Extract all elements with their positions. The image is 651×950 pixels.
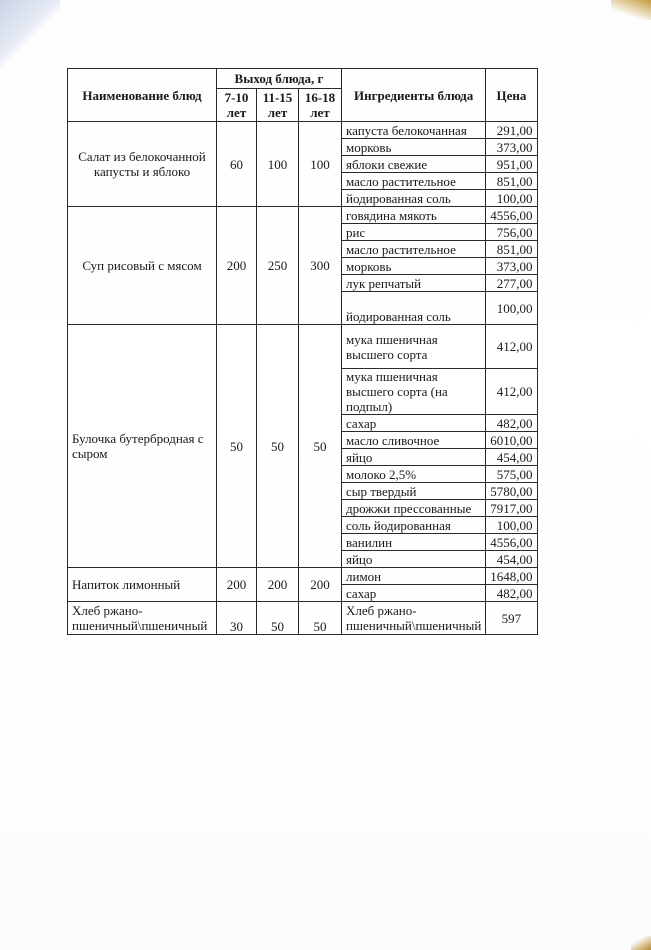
- ingredient-price: 756,00: [486, 224, 537, 241]
- yield-16-18: 200: [299, 568, 342, 602]
- ingredient-name: дрожжи прессованные: [342, 500, 486, 517]
- table-row: Хлеб ржано-пшеничный\пшеничный 30 50 50 …: [68, 602, 538, 635]
- yield-16-18: 100: [299, 122, 342, 207]
- yield-11-15: 50: [257, 325, 299, 568]
- ingredient-price: 373,00: [486, 139, 537, 156]
- yield-16-18: 50: [299, 602, 342, 635]
- header-age-7-10: 7-10 лет: [217, 89, 257, 122]
- ingredient-name: сахар: [342, 585, 486, 602]
- ingredient-price: 482,00: [486, 585, 537, 602]
- menu-price-table: Наименование блюд Выход блюда, г Ингреди…: [67, 68, 538, 635]
- header-age-16-18: 16-18 лет: [299, 89, 342, 122]
- header-ingredients: Ингредиенты блюда: [342, 69, 486, 122]
- ingredient-price: 373,00: [486, 258, 537, 275]
- ingredient-price: 575,00: [486, 466, 537, 483]
- header-age-11-15: 11-15 лет: [257, 89, 299, 122]
- header-yield-group: Выход блюда, г: [217, 69, 342, 89]
- ingredient-name: яйцо: [342, 551, 486, 568]
- ingredient-name: йодированная соль: [342, 292, 486, 325]
- ingredient-price: 1648,00: [486, 568, 537, 585]
- yield-7-10: 60: [217, 122, 257, 207]
- yield-11-15: 250: [257, 207, 299, 325]
- dish-name: Булочка бутербродная с сыром: [68, 325, 217, 568]
- ingredient-price: 4556,00: [486, 534, 537, 551]
- ingredient-price: 851,00: [486, 173, 537, 190]
- yield-11-15: 200: [257, 568, 299, 602]
- ingredient-name: капуста белокочанная: [342, 122, 486, 139]
- ingredient-price: 597: [486, 602, 537, 635]
- ingredient-price: 100,00: [486, 292, 537, 325]
- ingredient-name: сахар: [342, 415, 486, 432]
- ingredient-name: ванилин: [342, 534, 486, 551]
- dish-name: Салат из белокочанной капусты и яблоко: [68, 122, 217, 207]
- table-row: Суп рисовый с мясом 200 250 300 говядина…: [68, 207, 538, 224]
- ingredient-name: масло сливочное: [342, 432, 486, 449]
- ingredient-price: 851,00: [486, 241, 537, 258]
- page-edge-shadow: [611, 0, 651, 20]
- ingredient-name: морковь: [342, 258, 486, 275]
- ingredient-name: соль йодированная: [342, 517, 486, 534]
- page-edge-shadow: [631, 936, 651, 950]
- header-price: Цена: [486, 69, 537, 122]
- yield-11-15: 100: [257, 122, 299, 207]
- table-row: Булочка бутербродная с сыром 50 50 50 му…: [68, 325, 538, 369]
- ingredient-name: масло растительное: [342, 241, 486, 258]
- yield-11-15: 50: [257, 602, 299, 635]
- ingredient-price: 6010,00: [486, 432, 537, 449]
- yield-7-10: 200: [217, 568, 257, 602]
- ingredient-name: морковь: [342, 139, 486, 156]
- ingredient-name: рис: [342, 224, 486, 241]
- ingredient-name: лимон: [342, 568, 486, 585]
- page-fold-shadow: [0, 0, 60, 70]
- ingredient-price: 7917,00: [486, 500, 537, 517]
- ingredient-price: 454,00: [486, 449, 537, 466]
- document-page: Наименование блюд Выход блюда, г Ингреди…: [0, 0, 651, 950]
- ingredient-price: 277,00: [486, 275, 537, 292]
- ingredient-price: 412,00: [486, 325, 537, 369]
- ingredient-name: лук репчатый: [342, 275, 486, 292]
- ingredient-name: яйцо: [342, 449, 486, 466]
- dish-name: Хлеб ржано-пшеничный\пшеничный: [68, 602, 217, 635]
- header-dish-name: Наименование блюд: [68, 69, 217, 122]
- ingredient-price: 291,00: [486, 122, 537, 139]
- ingredient-name: сыр твердый: [342, 483, 486, 500]
- yield-7-10: 200: [217, 207, 257, 325]
- ingredient-price: 100,00: [486, 190, 537, 207]
- yield-7-10: 50: [217, 325, 257, 568]
- ingredient-name: мука пшеничная высшего сорта (на подпыл): [342, 369, 486, 415]
- ingredient-price: 951,00: [486, 156, 537, 173]
- yield-16-18: 50: [299, 325, 342, 568]
- ingredient-name: йодированная соль: [342, 190, 486, 207]
- ingredient-price: 5780,00: [486, 483, 537, 500]
- ingredient-price: 412,00: [486, 369, 537, 415]
- ingredient-name: яблоки свежие: [342, 156, 486, 173]
- ingredient-price: 482,00: [486, 415, 537, 432]
- yield-16-18: 300: [299, 207, 342, 325]
- table-row: Салат из белокочанной капусты и яблоко 6…: [68, 122, 538, 139]
- ingredient-name: говядина мякоть: [342, 207, 486, 224]
- ingredient-price: 100,00: [486, 517, 537, 534]
- dish-name: Суп рисовый с мясом: [68, 207, 217, 325]
- ingredient-price: 454,00: [486, 551, 537, 568]
- ingredient-name: молоко 2,5%: [342, 466, 486, 483]
- dish-name: Напиток лимонный: [68, 568, 217, 602]
- table-row: Напиток лимонный 200 200 200 лимон 1648,…: [68, 568, 538, 585]
- ingredient-name: мука пшеничная высшего сорта: [342, 325, 486, 369]
- ingredient-name: Хлеб ржано-пшеничный\пшеничный: [342, 602, 486, 635]
- table-header-row: Наименование блюд Выход блюда, г Ингреди…: [68, 69, 538, 89]
- yield-7-10: 30: [217, 602, 257, 635]
- ingredient-price: 4556,00: [486, 207, 537, 224]
- ingredient-name: масло растительное: [342, 173, 486, 190]
